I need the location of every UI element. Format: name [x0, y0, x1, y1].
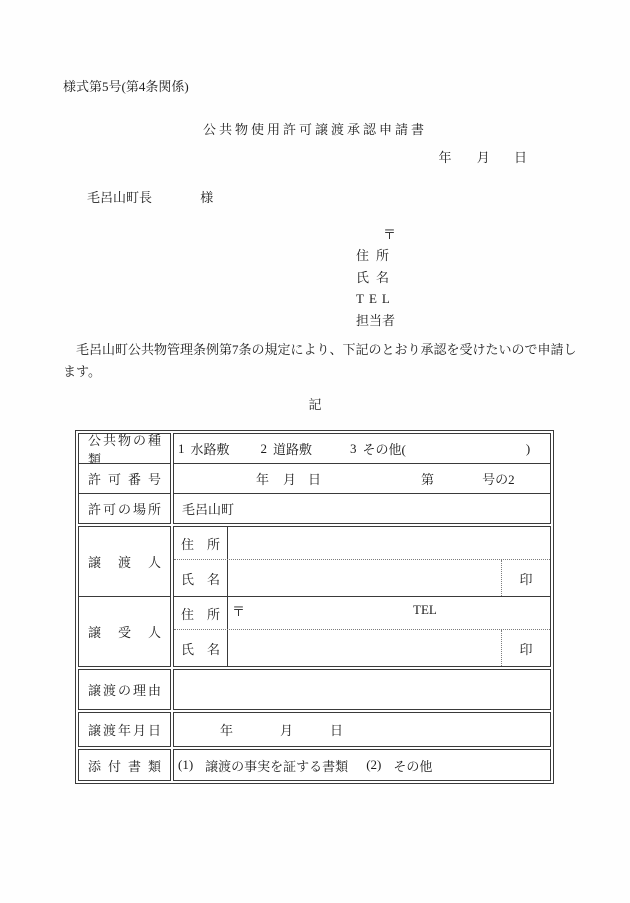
- transfer-date-content: 年 月 日: [173, 712, 551, 747]
- transfer-date-day-label: 日: [330, 720, 343, 739]
- transferee-seal-mark: 印: [501, 630, 550, 666]
- transferor-name-row: 氏名 印: [174, 559, 550, 596]
- day-label: 日: [514, 150, 527, 165]
- permit-place-label: 許可の場所: [79, 499, 170, 518]
- attachment2-number: (2): [366, 757, 381, 773]
- transferor-name-label: 氏名: [174, 569, 227, 588]
- transferor-address-row: 住所: [174, 527, 550, 559]
- type-option3-number: 3: [350, 441, 357, 457]
- page-title: 公共物使用許可譲渡承認申請書: [0, 119, 630, 138]
- applicant-contact-label: 担当者: [356, 310, 396, 331]
- type-row-label: 公共物の種類: [79, 430, 170, 468]
- transferor-label: 譲渡人: [79, 552, 170, 571]
- type-option3-label: その他(: [363, 439, 406, 458]
- list-heading: 記: [0, 394, 630, 413]
- transferee-address-label: 住所: [174, 604, 227, 623]
- type-option2-number: 2: [261, 441, 268, 457]
- application-table: 公共物の種類 1 水路敷 2 道路敷 3 その他( ) 許可番号 年 月 日 第: [75, 430, 554, 784]
- attachments-label: 添付書類: [79, 756, 170, 775]
- applicant-name-label: 氏名: [356, 267, 396, 288]
- transferor-name-field: [228, 560, 501, 596]
- attachments-label-cell: 添付書類: [78, 749, 171, 781]
- attachments-content: (1) 譲渡の事実を証する書類 (2) その他: [173, 749, 551, 781]
- transferee-address-label-cell: 住所: [174, 597, 228, 629]
- type-option1-label: 水路敷: [191, 439, 230, 458]
- permit-number-suffix: 号の2: [482, 469, 515, 488]
- transfer-date-month-label: 月: [280, 720, 293, 739]
- table-row-reason: 譲渡の理由: [78, 669, 551, 710]
- table-row-transferee: 譲受人 住所 〒 TEL 氏名 印: [78, 596, 551, 667]
- transfer-date-label-cell: 譲渡年月日: [78, 712, 171, 747]
- addressee-line: 毛呂山町長 様: [87, 187, 213, 206]
- permit-number-label: 許可番号: [79, 469, 170, 488]
- permit-month-label: 月: [283, 469, 296, 488]
- permit-number-content: 年 月 日 第 号の2: [173, 463, 551, 494]
- month-label: 月: [477, 150, 490, 165]
- reason-label: 譲渡の理由: [79, 680, 170, 699]
- transferee-name-label-cell: 氏名: [174, 630, 228, 666]
- transferor-label-cell: 譲渡人: [78, 526, 171, 597]
- transferee-address-row: 住所 〒 TEL: [174, 597, 550, 629]
- transferor-seal-mark: 印: [501, 560, 550, 596]
- transfer-date-label: 譲渡年月日: [79, 720, 170, 739]
- type-option3-paren-close: ): [526, 441, 530, 457]
- form-number: 様式第5号(第4条関係): [63, 76, 189, 95]
- transferor-name-label-cell: 氏名: [174, 560, 228, 596]
- date-line: 年 月 日: [438, 147, 527, 166]
- type-row-label-cell: 公共物の種類: [78, 433, 171, 464]
- table-row-permit-place: 許可の場所 毛呂山町: [78, 493, 551, 524]
- permit-place-label-cell: 許可の場所: [78, 493, 171, 524]
- transferor-address-label: 住所: [174, 534, 227, 553]
- reason-label-cell: 譲渡の理由: [78, 669, 171, 710]
- attachment2-label: その他: [393, 756, 432, 775]
- body-text: 毛呂山町公共物管理条例第7条の規定により、下記のとおり承認を受けたいので申請しま…: [63, 339, 585, 383]
- year-label: 年: [438, 150, 451, 165]
- permit-place-value: 毛呂山町: [182, 499, 234, 518]
- permit-day-label: 日: [308, 469, 321, 488]
- transferee-address-field: 〒 TEL: [228, 597, 550, 629]
- table-row-transferor: 譲渡人 住所 氏名 印: [78, 526, 551, 597]
- transferee-name-row: 氏名 印: [174, 629, 550, 666]
- form-page: 様式第5号(第4条関係) 公共物使用許可譲渡承認申請書 年 月 日 毛呂山町長 …: [0, 0, 630, 903]
- transfer-date-year-label: 年: [220, 720, 233, 739]
- applicant-postal-mark: 〒: [356, 224, 396, 245]
- transferee-tel-label: TEL: [413, 602, 437, 618]
- transferee-content: 住所 〒 TEL 氏名 印: [173, 596, 551, 667]
- type-row-content: 1 水路敷 2 道路敷 3 その他( ): [173, 433, 551, 464]
- transferor-address-label-cell: 住所: [174, 527, 228, 559]
- permit-number-prefix: 第: [421, 469, 434, 488]
- applicant-tel-label: TEL: [356, 288, 396, 309]
- attachment1-number: (1): [178, 757, 193, 773]
- table-row-transfer-date: 譲渡年月日 年 月 日: [78, 712, 551, 747]
- attachment1-label: 譲渡の事実を証する書類: [205, 756, 348, 775]
- table-row-permit-number: 許可番号 年 月 日 第 号の2: [78, 463, 551, 494]
- type-option1-number: 1: [178, 441, 185, 457]
- applicant-address-label: 住所: [356, 245, 396, 266]
- addressee-name: 毛呂山町長: [87, 190, 152, 205]
- transferor-content: 住所 氏名 印: [173, 526, 551, 597]
- transferee-postal-mark: 〒: [232, 601, 245, 620]
- transferor-address-field: [228, 527, 550, 559]
- transferee-label-cell: 譲受人: [78, 596, 171, 667]
- reason-content-field: [173, 669, 551, 710]
- permit-year-label: 年: [256, 469, 269, 488]
- transferee-name-field: [228, 630, 501, 666]
- table-row-type: 公共物の種類 1 水路敷 2 道路敷 3 その他( ): [78, 433, 551, 464]
- type-option2-label: 道路敷: [273, 439, 312, 458]
- transferee-label: 譲受人: [79, 622, 170, 641]
- transferee-name-label: 氏名: [174, 639, 227, 658]
- addressee-honorific: 様: [200, 190, 213, 205]
- applicant-block: 〒 住所 氏名 TEL 担当者: [356, 224, 396, 331]
- table-row-attachments: 添付書類 (1) 譲渡の事実を証する書類 (2) その他: [78, 749, 551, 781]
- permit-place-content: 毛呂山町: [173, 493, 551, 524]
- permit-number-label-cell: 許可番号: [78, 463, 171, 494]
